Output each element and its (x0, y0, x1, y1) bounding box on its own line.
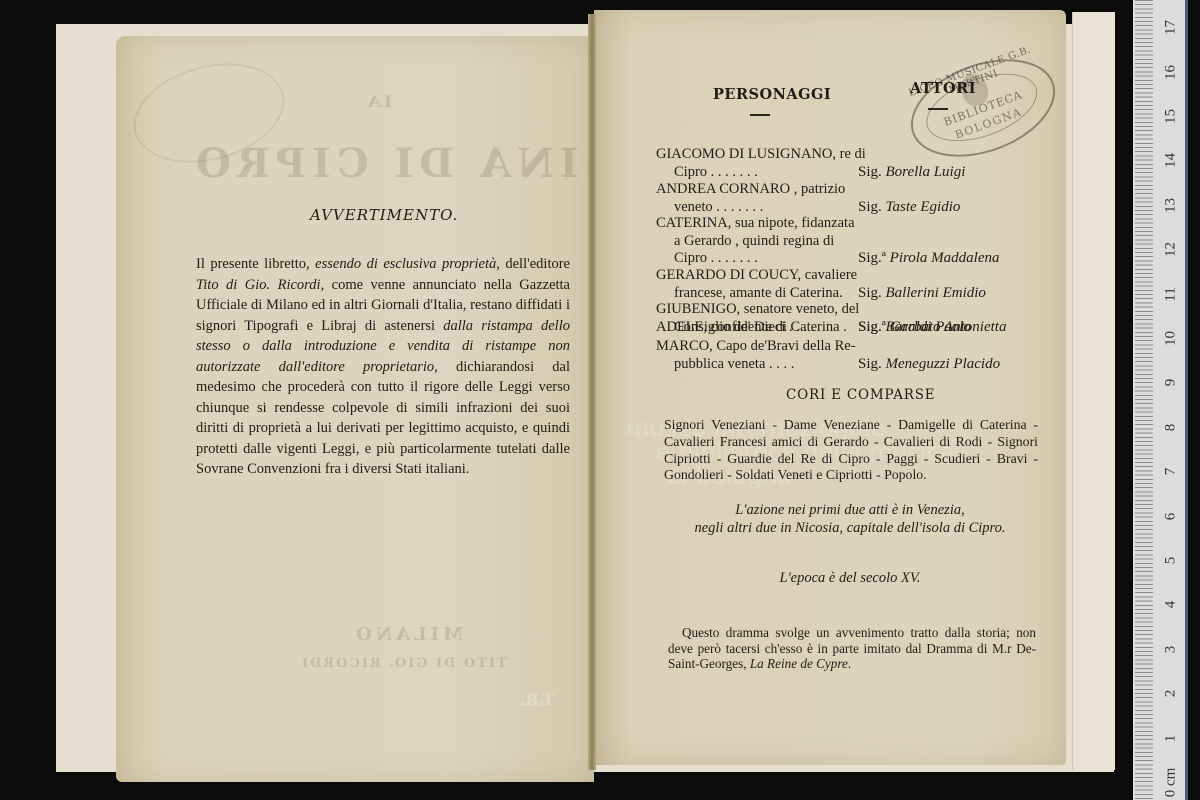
epoch-line: L'epoca è del secolo XV. (660, 570, 1040, 587)
ruler-label: 14 (1163, 149, 1180, 173)
ruler-label: 7 (1163, 460, 1180, 484)
book-gutter (588, 14, 596, 770)
heading-rule (750, 114, 770, 116)
ruler-label: 4 (1163, 593, 1180, 617)
notice-heading: AVVERTIMENTO. (310, 206, 458, 224)
ruler-label: 8 (1163, 415, 1180, 439)
cast-entry: ANDREA CORNARO , patrizioveneto . . . . … (656, 181, 1056, 216)
ruler-label: 13 (1163, 193, 1180, 217)
actor-name: Sig. Meneguzzi Placido (858, 356, 1000, 373)
ruler-label: 9 (1163, 371, 1180, 395)
actor-name: Sig.ª Garbato Antonietta (858, 319, 1006, 336)
role-name: GIUBENIGO, senatore veneto, del (656, 301, 1056, 319)
notice-paragraph: Il presente libretto, essendo di esclusi… (196, 254, 570, 480)
role-description: francese, amante di Caterina. (656, 285, 1056, 303)
heading-rule (928, 108, 948, 110)
chorus-heading: CORI E COMPARSE (786, 387, 935, 403)
characters-column-heading: PERSONAGGI (713, 86, 831, 103)
show-through-small-word: LA (368, 92, 392, 111)
role-description: Cipro . . . . . . . (656, 164, 1056, 182)
role-name: GIACOMO DI LUSIGNANO, re di (656, 146, 1056, 164)
role-name: MARCO, Capo de'Bravi della Re- (656, 338, 1056, 356)
ruler-label: 1 (1163, 726, 1180, 750)
chorus-list: Signori Veneziani - Dame Veneziane - Dam… (664, 417, 1038, 484)
role-name: ANDREA CORNARO , patrizio (656, 181, 1056, 199)
ruler-label: 6 (1163, 504, 1180, 528)
ruler-label: 5 (1163, 549, 1180, 573)
actors-column-heading: ATTORI (910, 80, 976, 97)
actor-name: Sig. Ballerini Emidio (858, 285, 986, 302)
ruler-label: 0 cm (1163, 763, 1180, 800)
role-name: CATERINA, sua nipote, fidanzata (656, 215, 1056, 233)
actor-name: Sig. Borella Luigi (858, 164, 965, 181)
source-note: Questo dramma svolge un avvenimento trat… (668, 625, 1036, 672)
embossed-mark: T.R. (520, 690, 554, 709)
show-through-publisher: TITO DI GIO. RICORDI (300, 656, 507, 671)
setting-line-1: L'azione nei primi due atti è in Venezia… (660, 502, 1040, 519)
show-through-city: MILANO (352, 624, 463, 645)
actor-name: Sig.ª Pirola Maddalena (858, 250, 1000, 267)
cast-entry: GIACOMO DI LUSIGNANO, re diCipro . . . .… (656, 146, 1056, 181)
ruler-label: 16 (1163, 60, 1180, 84)
ruler-label: 12 (1163, 238, 1180, 262)
ruler-label: 17 (1163, 16, 1180, 40)
setting-line-2: negli altri due in Nicosia, capitale del… (660, 520, 1040, 537)
role-description: a Gerardo , quindi regina di (656, 233, 1056, 251)
ruler-label: 10 (1163, 327, 1180, 351)
ruler-label: 3 (1163, 637, 1180, 661)
role-name: GERARDO DI COUCY, cavaliere (656, 267, 1056, 285)
cast-entry: GERARDO DI COUCY, cavalierefrancese, ama… (656, 267, 1056, 302)
ruler-label: 15 (1163, 105, 1180, 129)
backing-card-edge (1072, 12, 1115, 770)
measurement-ruler: 0 cm1234567891011121314151617 (1133, 0, 1188, 800)
ruler-label: 11 (1163, 282, 1180, 306)
actor-name: Sig. Taste Egidio (858, 199, 960, 216)
role-description: veneto . . . . . . . (656, 199, 1056, 217)
ruler-label: 2 (1163, 682, 1180, 706)
